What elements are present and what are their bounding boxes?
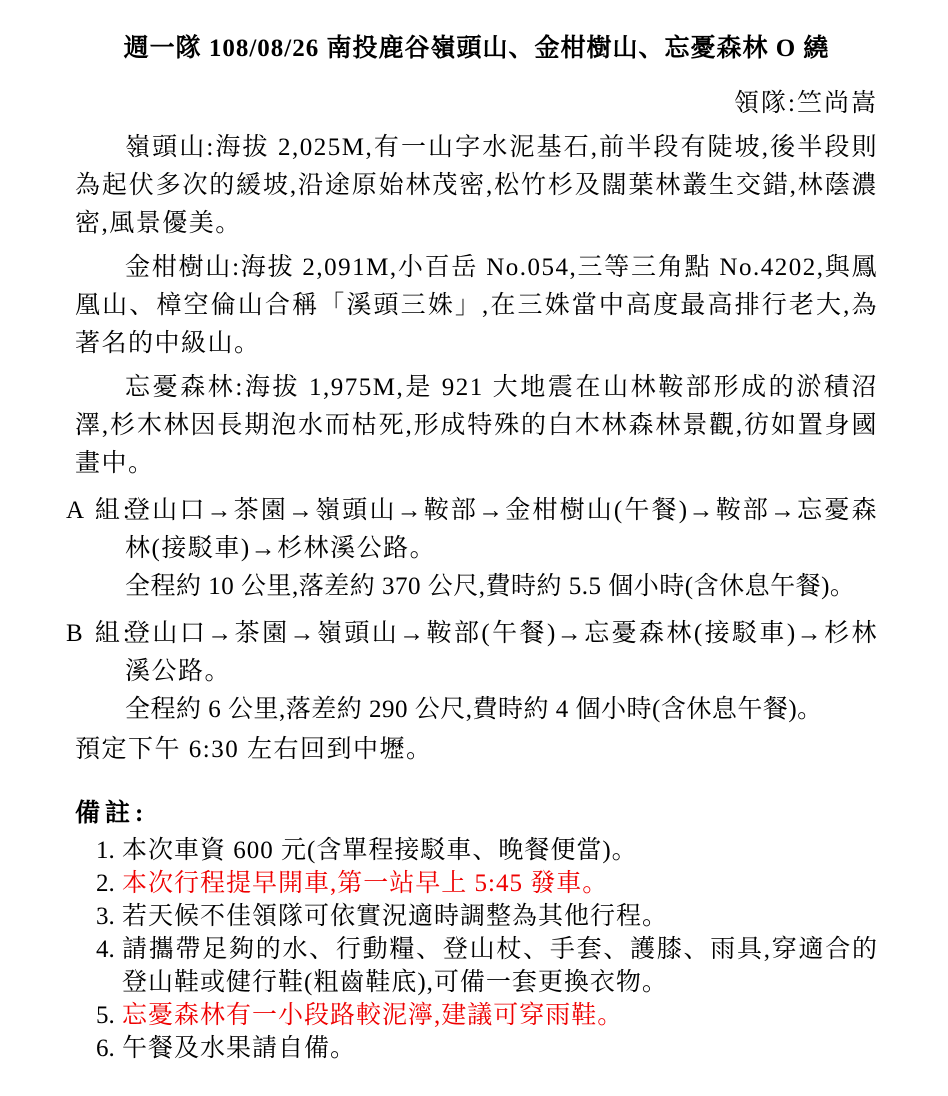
note-text-4: 請攜帶足夠的水、行動糧、登山杖、手套、護膝、雨具,穿適合的登山鞋或健行鞋(粗齒鞋…: [122, 936, 878, 996]
notes-heading: 備註:: [75, 795, 878, 833]
note-item-5: 5. 忘憂森林有一小段路較泥濘,建議可穿雨鞋。: [75, 999, 878, 1032]
leader-line: 領隊:竺尚嵩: [75, 85, 878, 123]
group-b-route: 登山口→茶園→嶺頭山→鞍部(午餐)→忘憂森林(接駁車)→杉林溪公路。: [125, 615, 878, 691]
paragraph-jingan-tree-mountain: 金柑樹山:海拔 2,091M,小百岳 No.054,三等三角點 No.4202,…: [75, 249, 878, 363]
note-text-6: 午餐及水果請自備。: [122, 1035, 356, 1062]
note-item-6: 6. 午餐及水果請自備。: [75, 1032, 878, 1065]
note-text-3: 若天候不佳領隊可依實況適時調整為其他行程。: [122, 903, 668, 930]
note-item-4: 4. 請攜帶足夠的水、行動糧、登山杖、手套、護膝、雨具,穿適合的登山鞋或健行鞋(…: [75, 933, 878, 999]
group-a-route: 登山口→茶園→嶺頭山→鞍部→金柑樹山(午餐)→鞍部→忘憂森林(接駁車)→杉林溪公…: [125, 492, 878, 568]
note-item-3: 3. 若天候不佳領隊可依實況適時調整為其他行程。: [75, 900, 878, 933]
note-number-5: 5.: [96, 999, 115, 1032]
group-a-label: A 組:: [66, 492, 133, 530]
note-text-2: 本次行程提早開車,第一站早上 5:45 發車。: [122, 870, 608, 897]
group-b-label: B 組:: [66, 615, 133, 653]
document-page: 週一隊 108/08/26 南投鹿谷嶺頭山、金柑樹山、忘憂森林 O 繞 領隊:竺…: [0, 0, 948, 1096]
note-number-6: 6.: [96, 1032, 115, 1065]
note-item-2: 2. 本次行程提早開車,第一站早上 5:45 發車。: [75, 867, 878, 900]
note-number-2: 2.: [96, 867, 115, 900]
group-b-stats: 全程約 6 公里,落差約 290 公尺,費時約 4 個小時(含休息午餐)。: [125, 691, 878, 729]
group-a-stats: 全程約 10 公里,落差約 370 公尺,費時約 5.5 個小時(含休息午餐)。: [125, 568, 878, 606]
notes-list: 1. 本次車資 600 元(含單程接駁車、晚餐便當)。 2. 本次行程提早開車,…: [75, 834, 878, 1065]
group-b-section: B 組: 登山口→茶園→嶺頭山→鞍部(午餐)→忘憂森林(接駁車)→杉林溪公路。 …: [75, 615, 878, 729]
note-item-1: 1. 本次車資 600 元(含單程接駁車、晚餐便當)。: [75, 834, 878, 867]
document-title: 週一隊 108/08/26 南投鹿谷嶺頭山、金柑樹山、忘憂森林 O 繞: [75, 30, 878, 68]
note-text-1: 本次車資 600 元(含單程接駁車、晚餐便當)。: [122, 837, 638, 864]
paragraph-lingtou-mountain: 嶺頭山:海拔 2,025M,有一山字水泥基石,前半段有陡坡,後半段則為起伏多次的…: [75, 129, 878, 243]
note-number-4: 4.: [96, 933, 115, 966]
note-number-1: 1.: [96, 834, 115, 867]
note-number-3: 3.: [96, 900, 115, 933]
note-text-5: 忘憂森林有一小段路較泥濘,建議可穿雨鞋。: [122, 1002, 623, 1029]
paragraph-wangyou-forest: 忘憂森林:海拔 1,975M,是 921 大地震在山林鞍部形成的淤積沼澤,杉木林…: [75, 369, 878, 483]
group-a-section: A 組: 登山口→茶園→嶺頭山→鞍部→金柑樹山(午餐)→鞍部→忘憂森林(接駁車)…: [75, 492, 878, 606]
return-time-line: 預定下午 6:30 左右回到中壢。: [75, 731, 878, 769]
